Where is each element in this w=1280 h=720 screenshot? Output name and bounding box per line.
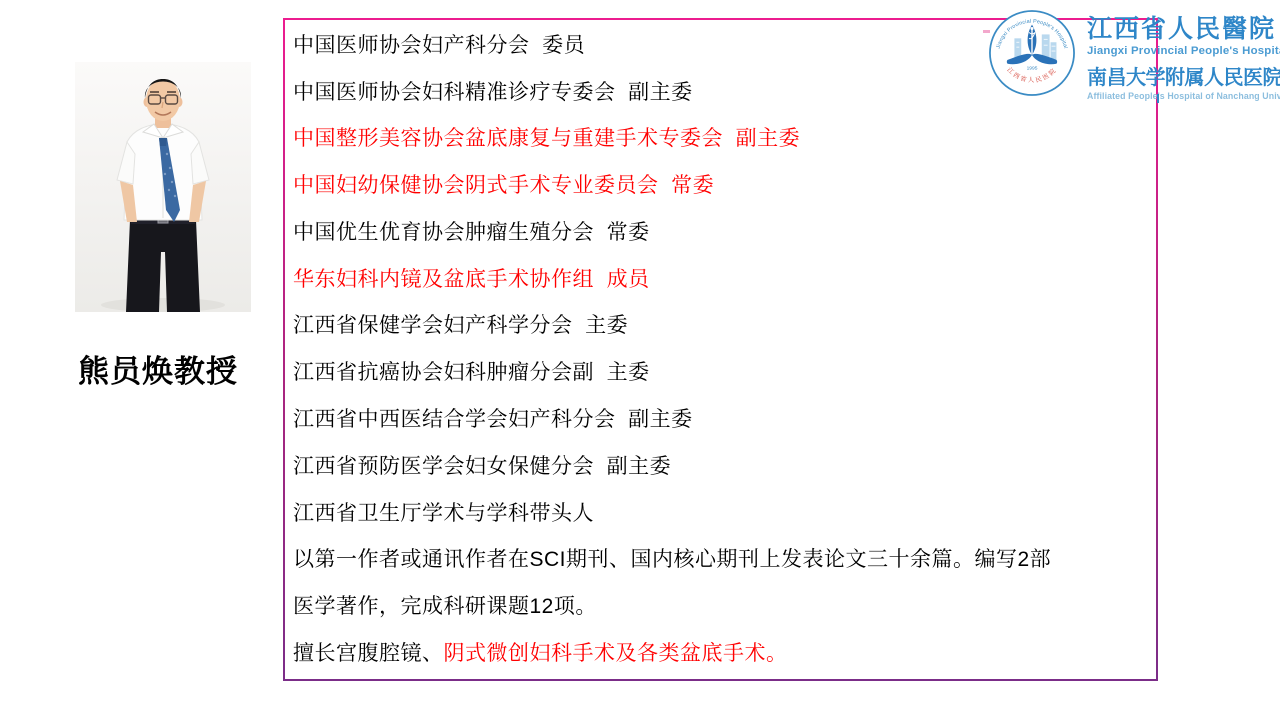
credential-text: 江西省保健学会妇产科学分会 主委 — [293, 313, 628, 338]
hospital-logo-icon: Jiangxi Provincial People's Hospital 199… — [988, 9, 1076, 97]
credential-line: 中国整形美容协会盆底康复与重建手术专委会 副主委 — [293, 116, 1152, 163]
credential-text: 中国医师协会妇产科分会 委员 — [293, 33, 585, 58]
credential-text: 中国妇幼保健协会阴式手术专业委员会 常委 — [293, 173, 714, 198]
credential-line: 江西省预防医学会妇女保健分会 副主委 — [293, 443, 1152, 490]
credential-text: 医学著作，完成科研课题12项。 — [293, 594, 597, 619]
professor-name: 熊员焕教授 — [48, 346, 268, 391]
hospital-name-cn: 江西省人民醫院 — [1087, 9, 1280, 45]
hospital-name-block: 江西省人民醫院 Jiangxi Provincial People's Hosp… — [1087, 9, 1280, 101]
credential-text: 中国优生优育协会肿瘤生殖分会 常委 — [293, 220, 650, 245]
blue-tick-decoration — [1157, 94, 1159, 103]
credential-text: 中国整形美容协会盆底康复与重建手术专委会 副主委 — [293, 126, 800, 151]
professor-photo — [75, 62, 251, 312]
hospital-logo: Jiangxi Provincial People's Hospital 199… — [988, 9, 1076, 97]
credential-line: 中国妇幼保健协会阴式手术专业委员会 常委 — [293, 162, 1152, 209]
credential-line: 医学著作，完成科研课题12项。 — [293, 583, 1152, 630]
logo-year: 1995 — [1027, 66, 1038, 72]
credential-line: 江西省卫生厅学术与学科带头人 — [293, 490, 1152, 537]
credential-line: 以第一作者或通讯作者在SCI期刊、国内核心期刊上发表论文三十余篇。编写2部 — [293, 537, 1152, 584]
credential-text: 江西省预防医学会妇女保健分会 副主委 — [293, 454, 671, 479]
hospital-name-en: Jiangxi Provincial People's Hospital — [1087, 45, 1280, 57]
credential-line: 华东妇科内镜及盆底手术协作组 成员 — [293, 256, 1152, 303]
credential-text: 江西省卫生厅学术与学科带头人 — [293, 501, 594, 526]
credential-text: 华东妇科内镜及盆底手术协作组 成员 — [293, 267, 650, 292]
credential-text: 阴式微创妇科手术及各类盆底手术。 — [444, 641, 788, 666]
credential-line: 江西省抗癌协会妇科肿瘤分会副 主委 — [293, 349, 1152, 396]
credential-line: 擅长宫腹腔镜、阴式微创妇科手术及各类盆底手术。 — [293, 630, 1152, 677]
credential-line: 江西省保健学会妇产科学分会 主委 — [293, 303, 1152, 350]
affiliated-name-en: Affiliated People's Hospital of Nanchang… — [1087, 91, 1280, 101]
credential-line: 江西省中西医结合学会妇产科分会 副主委 — [293, 396, 1152, 443]
credentials-list: 中国医师协会妇产科分会 委员中国医师协会妇科精准诊疗专委会 副主委中国整形美容协… — [293, 22, 1152, 677]
portrait-illustration — [75, 62, 251, 312]
credential-text: 擅长宫腹腔镜、 — [293, 641, 444, 666]
credentials-box: 中国医师协会妇产科分会 委员中国医师协会妇科精准诊疗专委会 副主委中国整形美容协… — [283, 18, 1158, 681]
credential-text: 以第一作者或通讯作者在SCI期刊、国内核心期刊上发表论文三十余篇。编写2部 — [293, 547, 1051, 572]
credential-line: 中国优生优育协会肿瘤生殖分会 常委 — [293, 209, 1152, 256]
credential-text: 中国医师协会妇科精准诊疗专委会 副主委 — [293, 80, 693, 105]
credential-text: 江西省抗癌协会妇科肿瘤分会副 主委 — [293, 360, 650, 385]
affiliated-name-cn: 南昌大学附属人民医院 — [1087, 61, 1280, 90]
credential-text: 江西省中西医结合学会妇产科分会 副主委 — [293, 407, 693, 432]
